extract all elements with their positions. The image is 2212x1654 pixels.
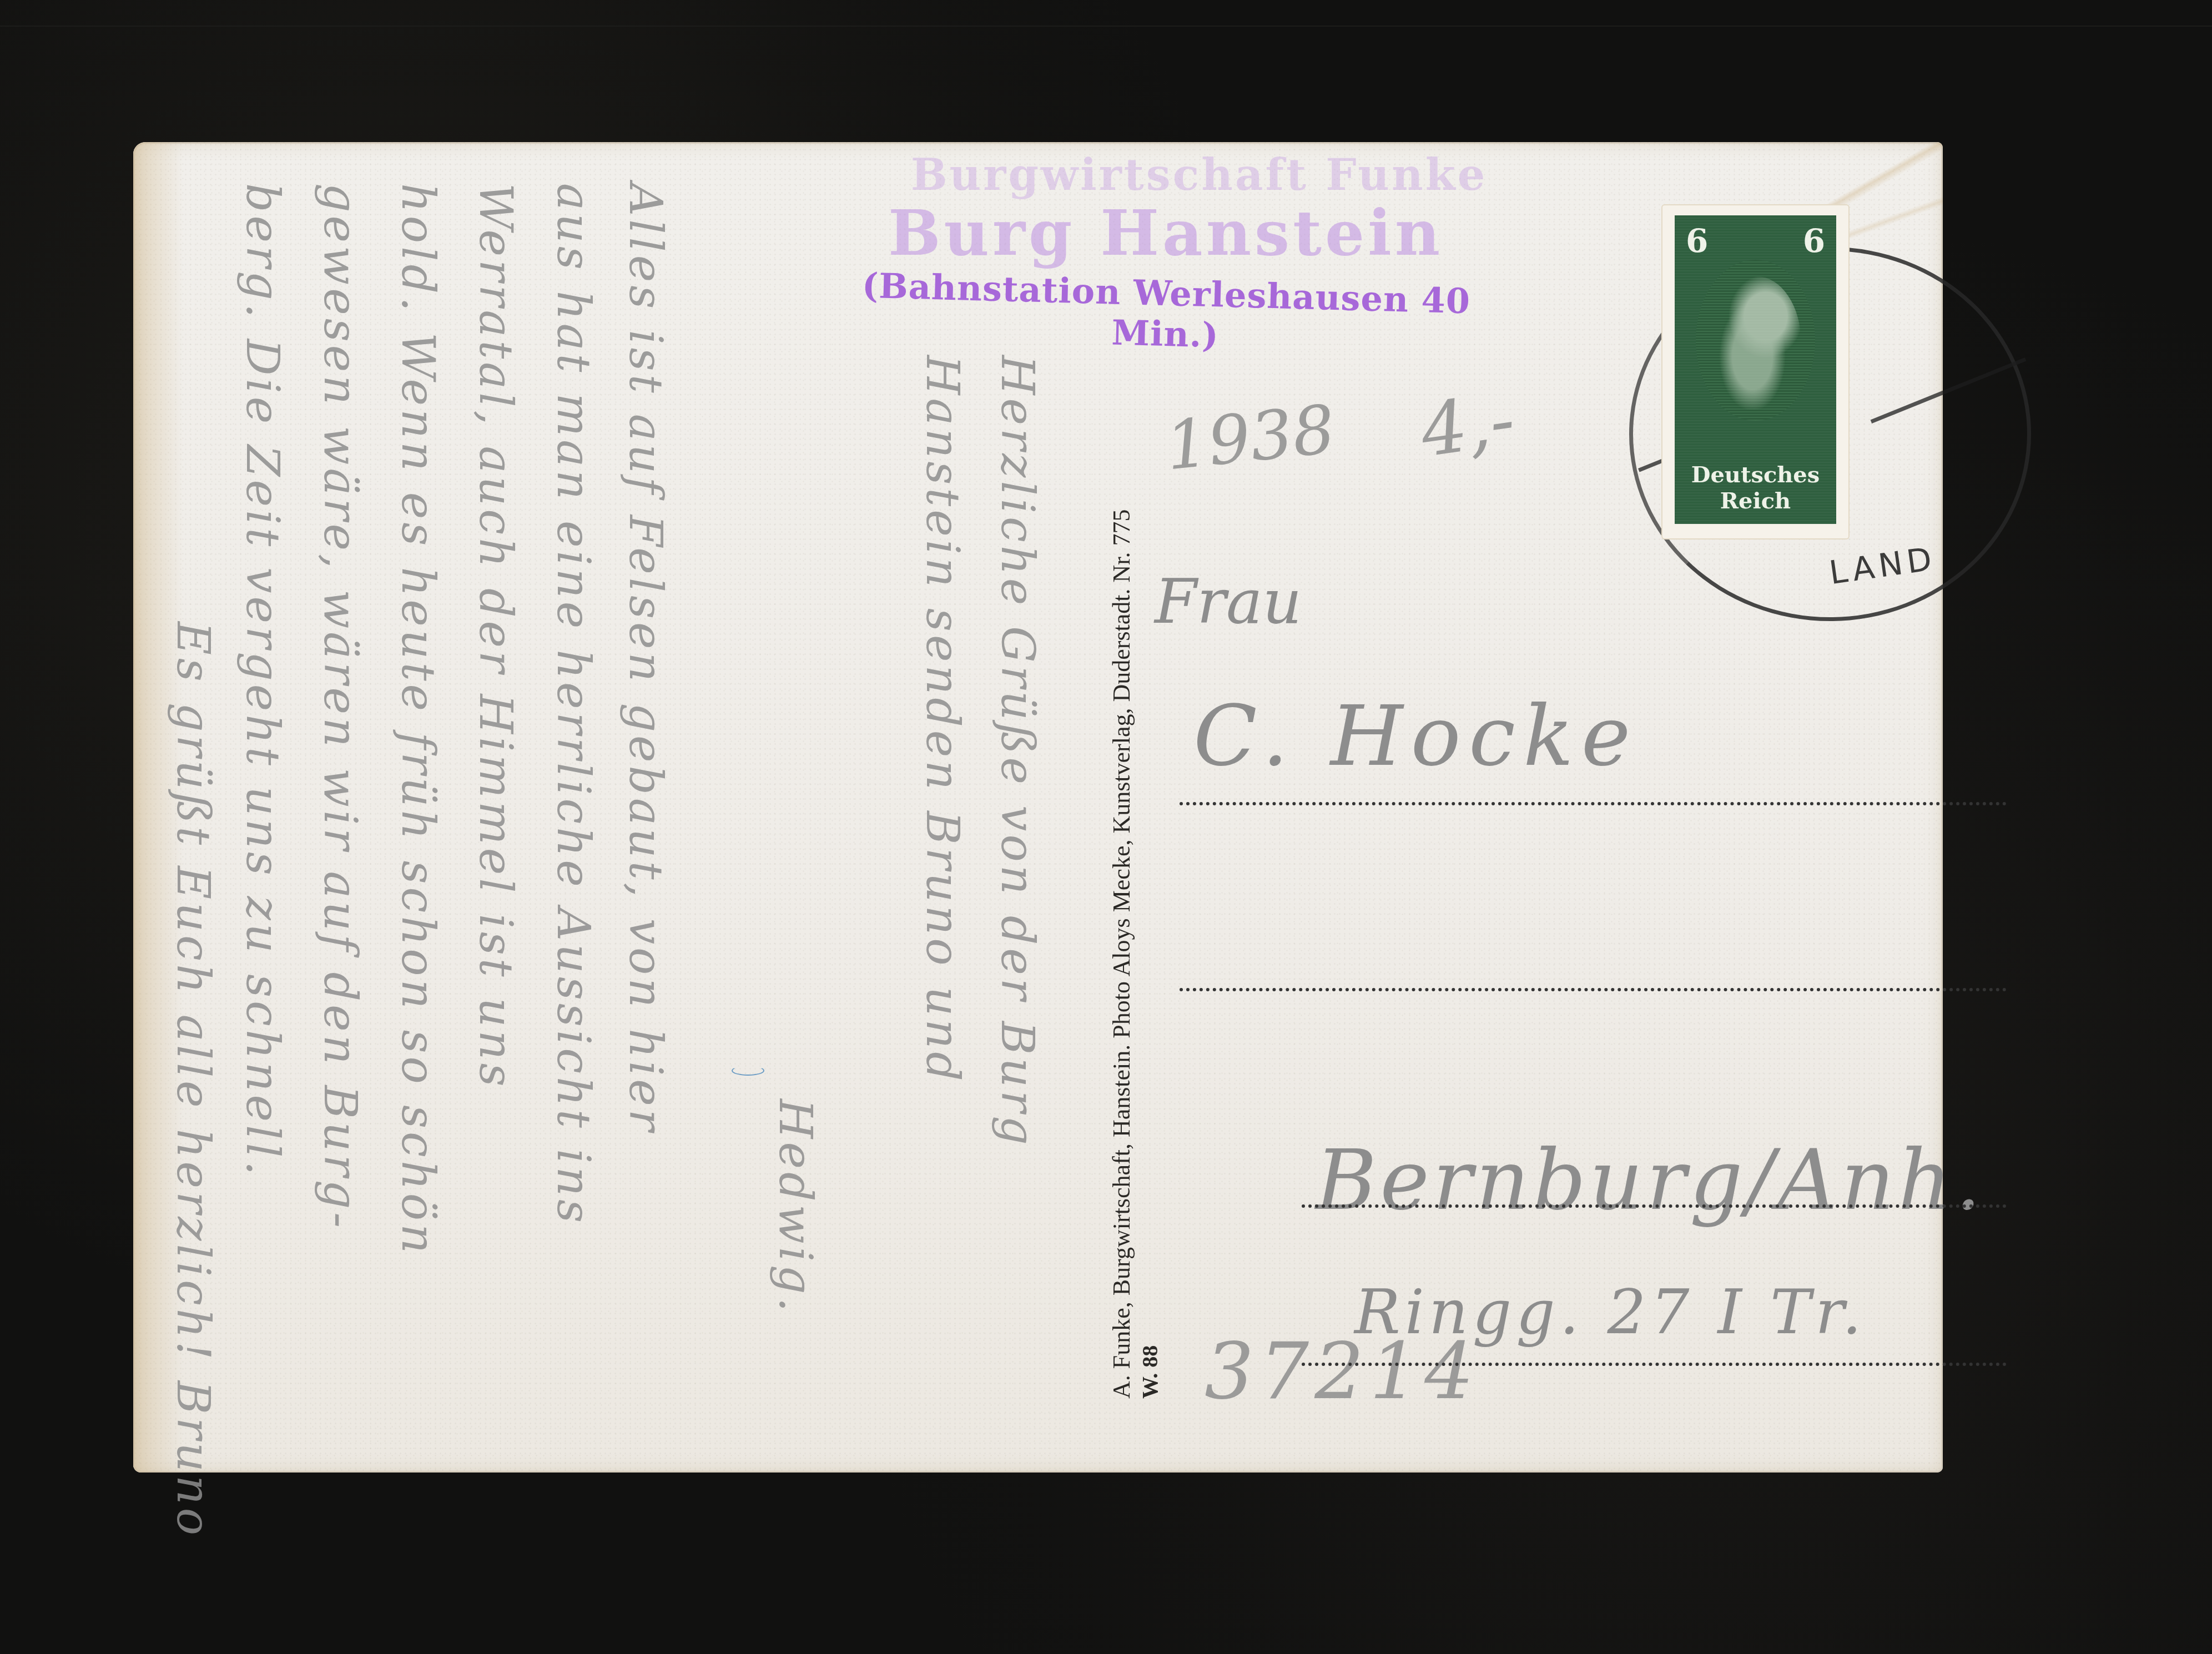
- cachet-line-1: Burgwirtschaft Funke: [866, 150, 1532, 200]
- message-line: Hanstein senden Bruno und: [916, 355, 969, 1085]
- address-line-3: [1302, 1204, 2007, 1208]
- portrait-icon: [1712, 276, 1801, 410]
- publisher-imprint: A. Funke, Burgwirtschaft, Hanstein. Phot…: [1107, 178, 1163, 1399]
- cachet-line-3: (Bahnstation Werleshausen 40 Min.): [832, 264, 1499, 362]
- stamp-country: Deutsches Reich: [1675, 462, 1836, 514]
- address-city: Bernburg/Anh.: [1316, 1132, 1984, 1229]
- message-line: Alles ist auf Felsen gebaut, von hier: [619, 183, 672, 1134]
- cachet-line-2: Burg Hanstein: [833, 197, 1499, 270]
- address-line-1: [1180, 802, 2007, 805]
- imprint-code: W. 88: [1137, 178, 1163, 1399]
- address-line-2: [1180, 988, 2007, 991]
- purple-cachet-stamp: Burgwirtschaft Funke Burg Hanstein (Bahn…: [833, 150, 1499, 354]
- stamp-design: 6 6 Deutsches Reich: [1675, 215, 1836, 524]
- message-line: berg. Die Zeit vergeht uns zu schnell.: [236, 183, 289, 1179]
- message-line: gewesen wäre, wären wir auf den Burg-: [314, 183, 366, 1231]
- message-line: Es grüßt Euch alle herzlich! Bruno: [167, 622, 219, 1539]
- imprint-text: A. Funke, Burgwirtschaft, Hanstein. Phot…: [1108, 509, 1135, 1399]
- postage-stamp: 6 6 Deutsches Reich: [1662, 205, 1848, 538]
- message-line: Hedwig.: [769, 1099, 822, 1315]
- message-line: Werratal, auch der Himmel ist uns: [469, 183, 522, 1090]
- stamp-value-right: 6: [1803, 222, 1825, 260]
- address-line-4: [1302, 1363, 2007, 1366]
- blue-ink-mark: [732, 1066, 764, 1076]
- stamp-value-left: 6: [1686, 222, 1708, 260]
- address-name: C. Hocke: [1193, 688, 1639, 785]
- price-annotation: 4,-: [1415, 377, 1519, 473]
- stamp-portrait-medallion: [1696, 260, 1815, 421]
- address-street: Ringg. 27 I Tr.: [1354, 1277, 1866, 1348]
- backdrop-seam: [0, 26, 2212, 27]
- address-salutation: Frau: [1155, 566, 1302, 637]
- message-line: aus hat man eine herrliche Aussicht ins: [547, 183, 599, 1226]
- message-line: Herzliche Grüße von der Burg: [991, 355, 1044, 1148]
- message-line: hold. Wenn es heute früh schon so schön: [391, 183, 444, 1257]
